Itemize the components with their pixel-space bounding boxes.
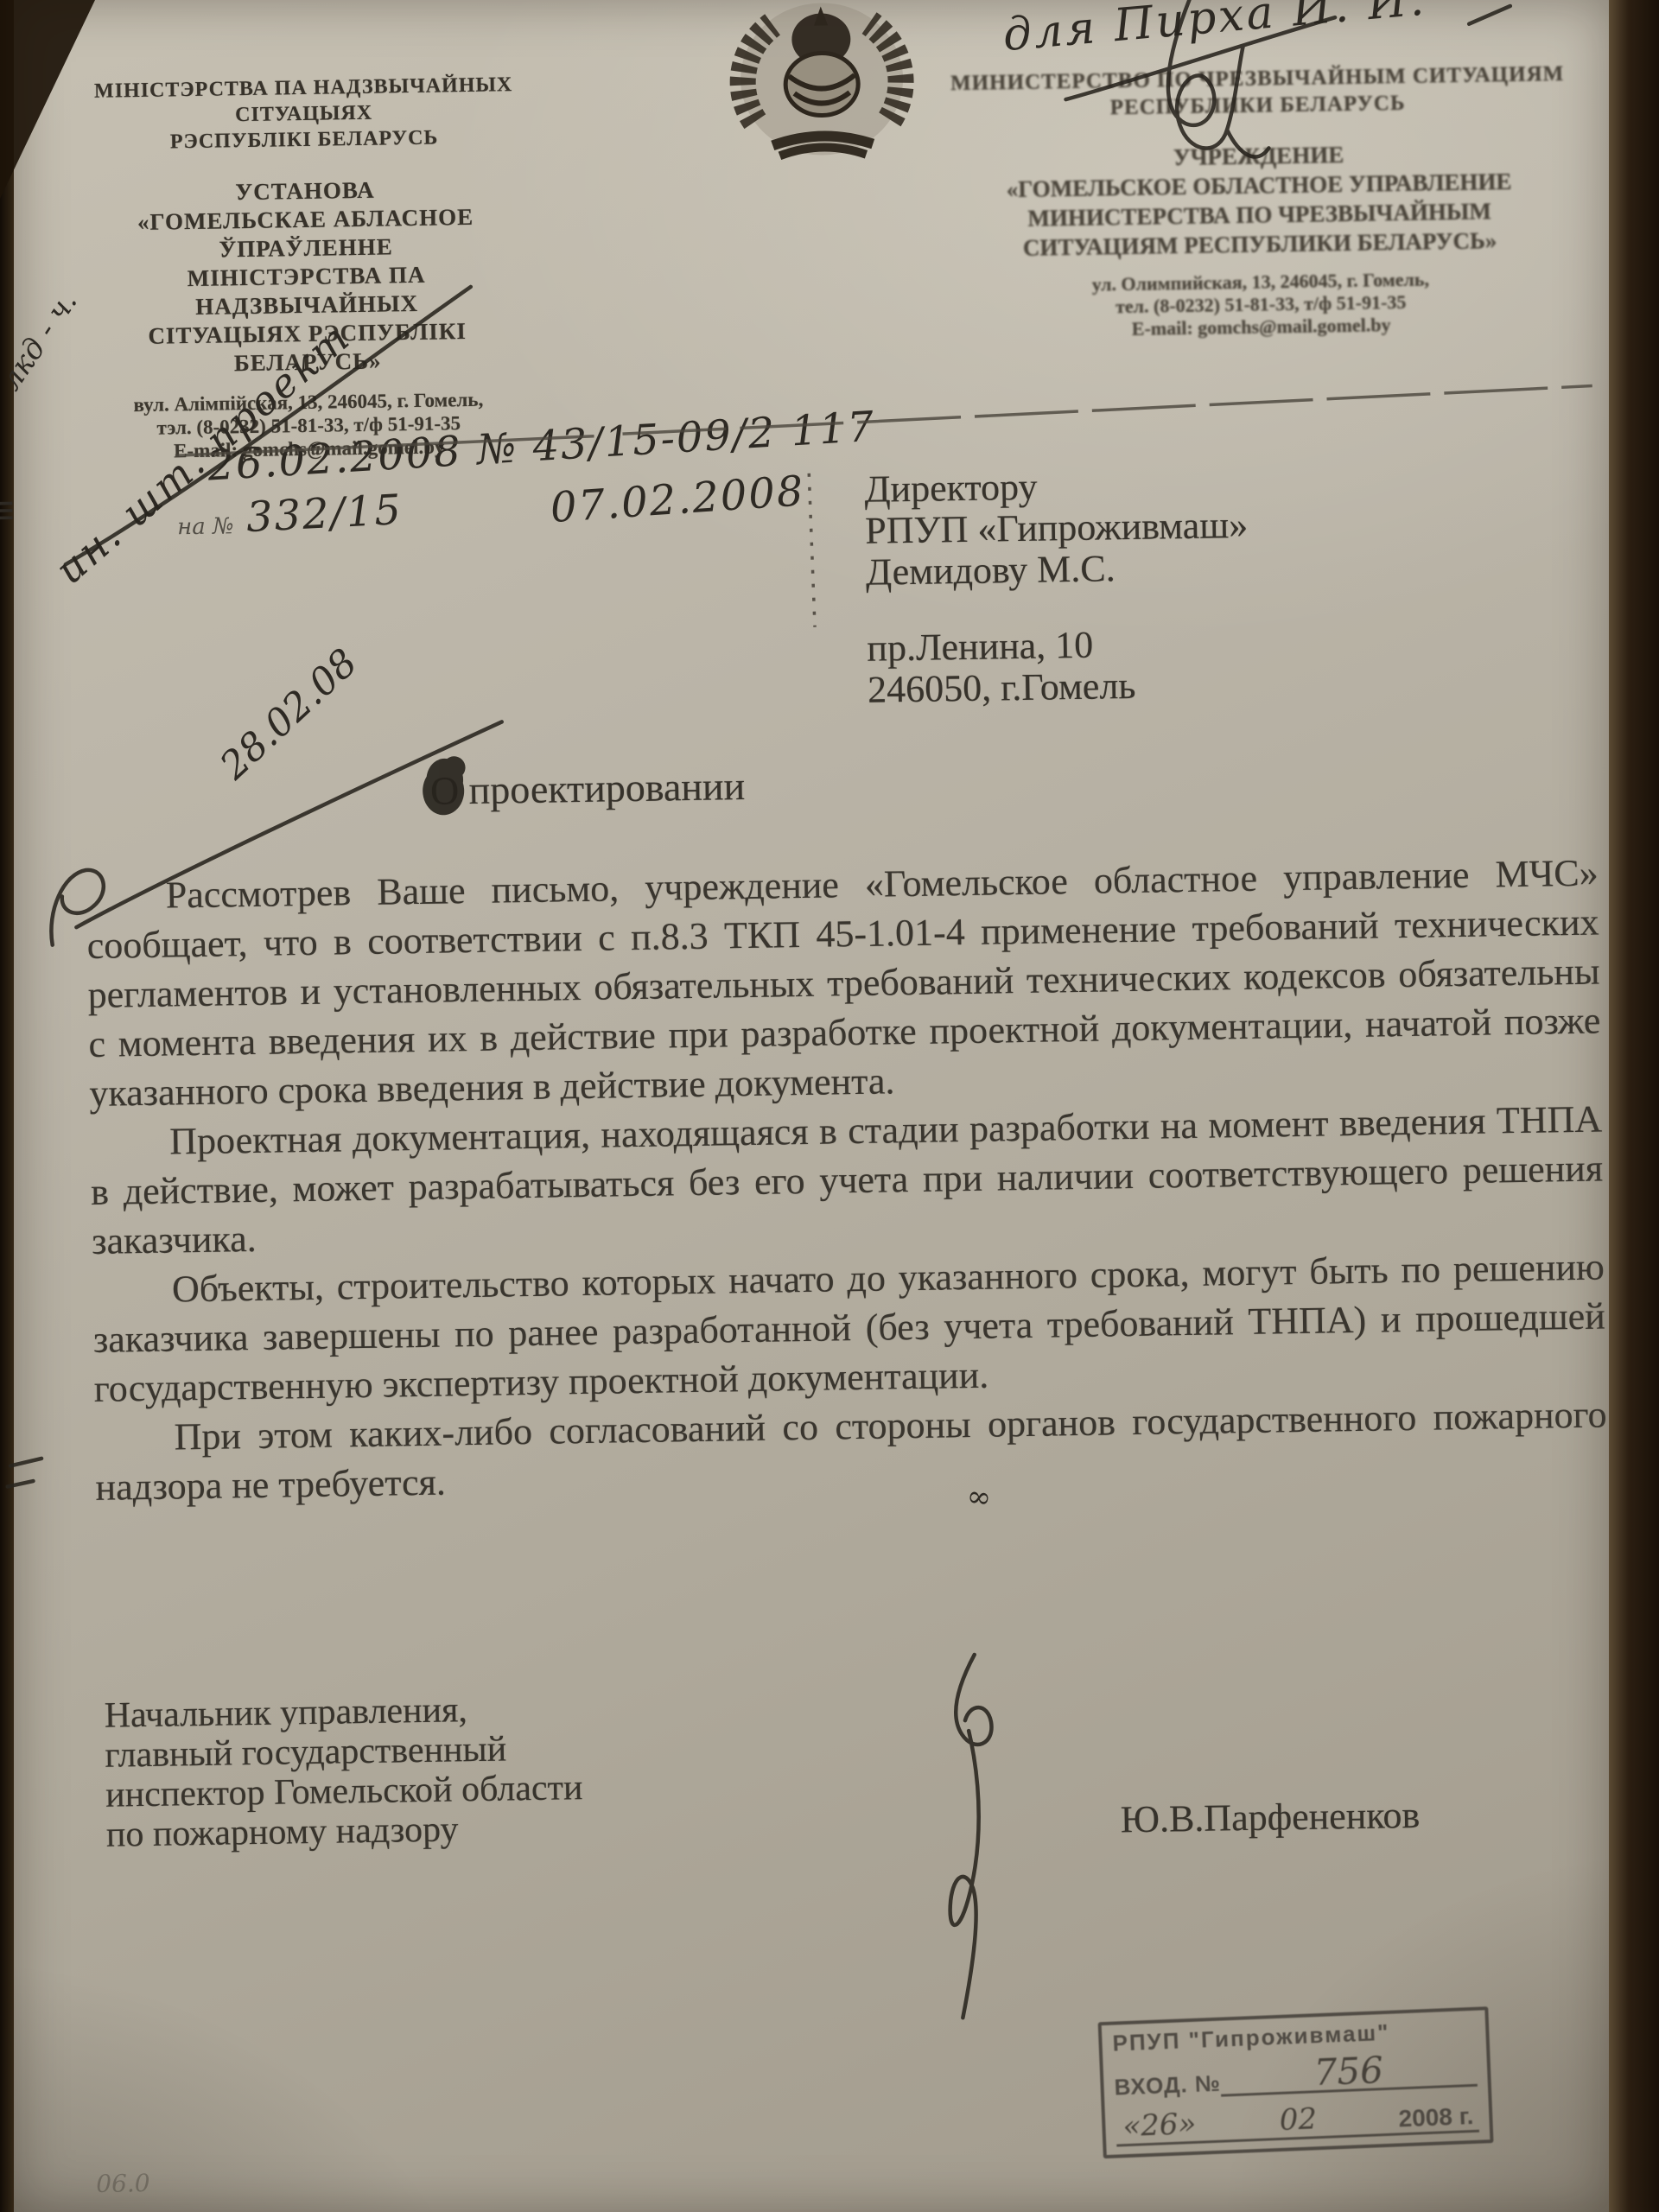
addressee-block: Директору РПУП «Гипроживмаш» Демидову М.… <box>864 463 1250 711</box>
photo-background-right-edge <box>1609 0 1659 2212</box>
body-paragraph-2: Проектная документация, находящаяся в ст… <box>90 1094 1604 1265</box>
handwritten-incoming-ref-label: на № <box>177 513 234 540</box>
org-name-by-line2: «ГОМЕЛЬСКАЕ АБЛАСНОЕ ЎПРАЎЛЕННЕ <box>82 202 529 266</box>
main-signature-head <box>955 1655 992 1745</box>
stray-pen-mark-left-edge: ≡ <box>0 486 17 533</box>
body-paragraph-1: Рассмотрев Ваше письмо, учреждение «Гоме… <box>86 849 1601 1118</box>
stamp-month: 02 <box>1202 2099 1394 2144</box>
fold-mark-dots <box>809 474 815 627</box>
org-name-by-line3: МІНІСТЭРСТВА ПА НАДЗВЫЧАЙНЫХ <box>83 259 530 323</box>
stamp-year: 2008 г. <box>1393 2102 1479 2136</box>
stamp-incoming-number: 756 <box>1220 2050 1478 2097</box>
addressee-organization: РПУП «Гипроживмаш» <box>865 505 1249 552</box>
handwritten-routing-note: для Пирха И. И. <box>1001 0 1428 61</box>
handwritten-incoming-ref-number: 332/15 <box>245 486 404 542</box>
bottom-edge-faint-text: 06.0 <box>96 2169 150 2198</box>
letterhead-right: МИНИСТЕРСТВО ПО ЧРЕЗВЫЧАЙНЫМ СИТУАЦИЯМ Р… <box>939 60 1580 344</box>
stray-dash-top-right <box>1469 6 1510 24</box>
letter-body: Рассмотрев Ваше письмо, учреждение «Гоме… <box>86 849 1607 1512</box>
addressee-city: 246050, г.Гомель <box>868 664 1251 711</box>
handwritten-margin-date: 28.02.08 <box>212 640 365 788</box>
addressee-title: Директору <box>864 463 1248 511</box>
stamp-day: «26» <box>1116 2107 1205 2147</box>
letterhead-left: МІНІСТЭРСТВА ПА НАДЗВЫЧАЙНЫХ СІТУАЦЫЯХ Р… <box>80 72 532 464</box>
stray-marks-left-margin <box>7 1459 41 1487</box>
subject-line: О проектировании <box>430 763 746 814</box>
main-signature-descender <box>947 1731 982 2018</box>
ministry-name-by-line1: МІНІСТЭРСТВА ПА НАДЗВЫЧАЙНЫХ СІТУАЦЫЯХ <box>80 72 527 130</box>
incoming-registration-stamp: РПУП "Гипроживмаш" ВХОД. № 756 «26» 02 2… <box>1098 2006 1494 2158</box>
signoff-line3: инспектор Гомельской области <box>105 1768 583 1815</box>
handwritten-margin-note-small: лкд - ч. <box>0 285 85 397</box>
body-paragraph-3: Объекты, строительство которых начато до… <box>92 1242 1606 1413</box>
addressee-person: Демидову М.С. <box>866 546 1249 594</box>
signoff-position: Начальник управления, главный государств… <box>104 1688 583 1855</box>
signoff-name: Ю.В.Парфененков <box>1120 1793 1420 1841</box>
stamp-incoming-label: ВХОД. № <box>1114 2070 1221 2101</box>
scanned-letter-photo: МІНІСТЭРСТВА ПА НАДЗВЫЧАЙНЫХ СІТУАЦЫЯХ Р… <box>0 0 1659 2212</box>
signoff-line4: по пожарному надзору <box>106 1808 584 1855</box>
coat-of-arms-emblem <box>728 0 917 162</box>
handwritten-incoming-ref-date: 07.02.2008 <box>549 467 806 532</box>
addressee-street: пр.Ленина, 10 <box>867 622 1250 670</box>
